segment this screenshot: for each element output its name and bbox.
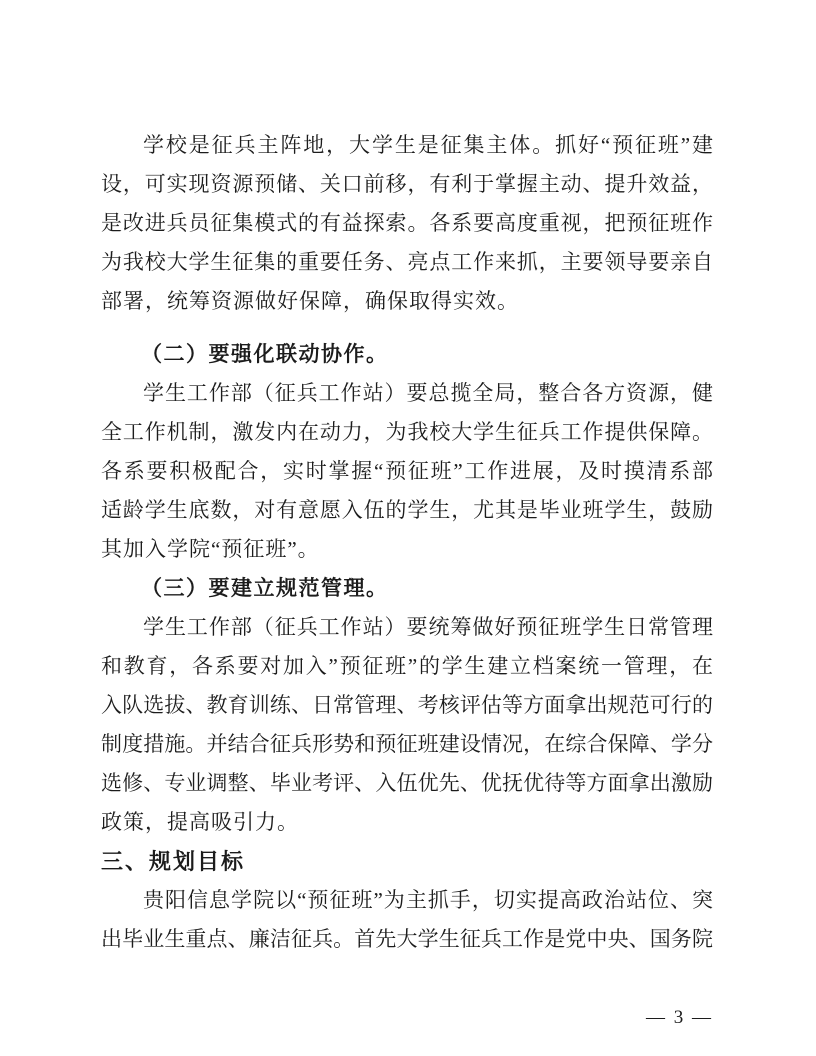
body-text-line: 全工作机制，激发内在动力，为我校大学生征兵工作提供保障。 (101, 413, 713, 452)
page-footer: — 3 — (646, 1006, 713, 1030)
body-text-line: 设，可实现资源预储、关口前移，有利于掌握主动、提升效益， (101, 165, 713, 204)
body-text-line: 为我校大学生征集的重要任务、亮点工作来抓，主要领导要亲自 (101, 243, 713, 282)
body-text-line: 学校是征兵主阵地，大学生是征集主体。抓好“预征班”建 (101, 126, 713, 165)
body-text-line: 是改进兵员征集模式的有益探索。各系要高度重视，把预征班作 (101, 204, 713, 243)
body-text-line: 政策，提高吸引力。 (101, 803, 713, 842)
body-text-line: 适龄学生底数，对有意愿入伍的学生，尤其是毕业班学生，鼓励 (101, 491, 713, 530)
body-text-line: 制度措施。并结合征兵形势和预征班建设情况，在综合保障、学分 (101, 725, 713, 764)
page-number: — 3 — (646, 1007, 713, 1028)
document-page: 学校是征兵主阵地，大学生是征集主体。抓好“预征班”建 设，可实现资源预储、关口前… (0, 0, 816, 1056)
body-text-line: 和教育，各系要对加入”预征班”的学生建立档案统一管理，在 (101, 647, 713, 686)
subsection-heading-3: （三）要建立规范管理。 (101, 569, 713, 608)
body-text-line: 各系要积极配合，实时掌握“预征班”工作进展，及时摸清系部 (101, 452, 713, 491)
body-text-line: 出毕业生重点、廉洁征兵。首先大学生征兵工作是党中央、国务院 (101, 920, 713, 959)
body-text-line: 学生工作部（征兵工作站）要总揽全局，整合各方资源，健 (101, 374, 713, 413)
subsection-heading-2: （二）要强化联动协作。 (101, 335, 713, 374)
document-body: 学校是征兵主阵地，大学生是征集主体。抓好“预征班”建 设，可实现资源预储、关口前… (101, 126, 713, 959)
body-text-line: 入队选拔、教育训练、日常管理、考核评估等方面拿出规范可行的 (101, 686, 713, 725)
body-text-line: 部署，统筹资源做好保障，确保取得实效。 (101, 282, 713, 321)
section-heading-three: 三、规划目标 (101, 842, 713, 881)
body-text-line: 选修、专业调整、毕业考评、入伍优先、优抚优待等方面拿出激励 (101, 764, 713, 803)
body-text-line: 其加入学院“预征班”。 (101, 530, 713, 569)
body-text-line: 贵阳信息学院以“预征班”为主抓手，切实提高政治站位、突 (101, 881, 713, 920)
body-text-line: 学生工作部（征兵工作站）要统筹做好预征班学生日常管理 (101, 608, 713, 647)
